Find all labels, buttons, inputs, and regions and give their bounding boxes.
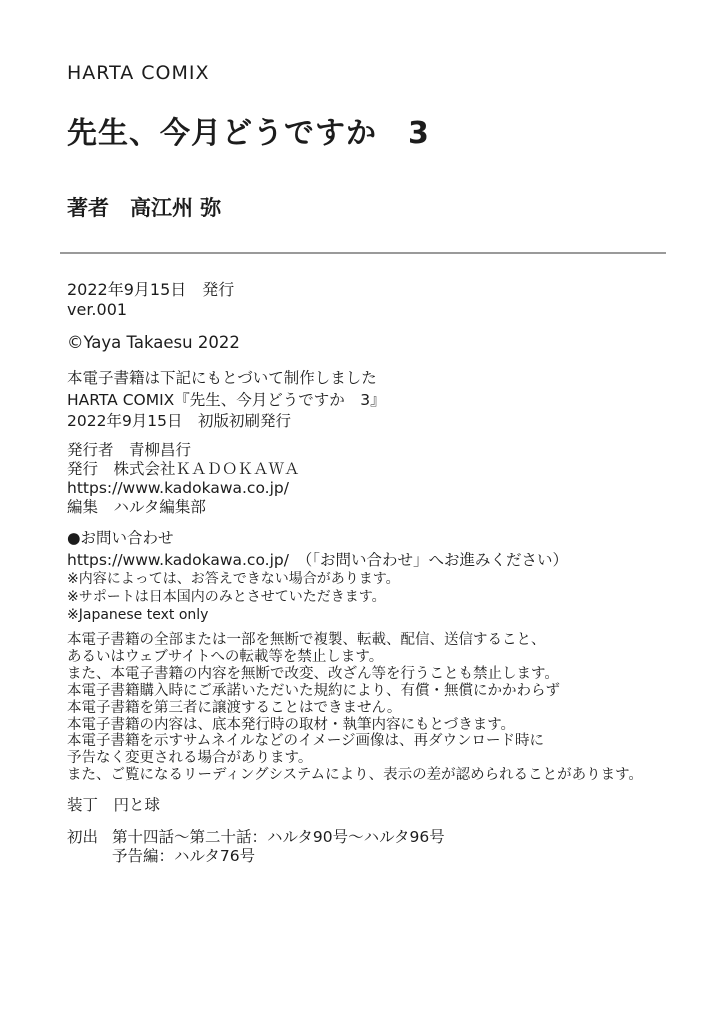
divider bbox=[60, 252, 666, 254]
first-publication-label: 初出 bbox=[67, 828, 98, 866]
book-title: 先生、今月どうですか 3 bbox=[67, 108, 430, 152]
publisher-url: https://www.kadokawa.co.jp/ bbox=[67, 479, 300, 498]
source-print-info: 2022年9月15日 初版初刷発行 bbox=[67, 411, 386, 433]
issue-date: 2022年9月15日 発行 bbox=[67, 280, 234, 300]
first-publication-lines: 第十四話～第二十話：ハルタ90号～ハルタ96号 予告編：ハルタ76号 bbox=[112, 828, 445, 866]
colophon-page: HARTA COMIX 先生、今月どうですか 3 著者 高江州 弥 2022年9… bbox=[0, 0, 728, 1035]
source-intro: 本電子書籍は下記にもとづいて制作しました bbox=[67, 368, 386, 390]
edition-block: 2022年9月15日 発行 ver.001 bbox=[67, 280, 234, 319]
contact-note: ※サポートは日本国内のみとさせていただきます。 bbox=[67, 588, 400, 606]
legal-line: 本電子書籍を示すサムネイルなどのイメージ画像は、再ダウンロード時に bbox=[67, 733, 643, 750]
first-publication-line: 予告編：ハルタ76号 bbox=[112, 847, 445, 866]
legal-line: 本電子書籍の全部または一部を無断で複製、転載、配信、送信すること、 bbox=[67, 632, 643, 649]
publisher-person: 発行者 青柳昌行 bbox=[67, 441, 300, 460]
publisher-block: 発行者 青柳昌行 発行 株式会社ＫＡＤＯＫＡＷＡ https://www.kad… bbox=[67, 441, 300, 517]
legal-notice-block: 本電子書籍の全部または一部を無断で複製、転載、配信、送信すること、 あるいはウェ… bbox=[67, 632, 643, 784]
legal-line: また、本電子書籍の内容を無断で改変、改ざん等を行うことも禁止します。 bbox=[67, 666, 643, 683]
first-publication-block: 初出 第十四話～第二十話：ハルタ90号～ハルタ96号 予告編：ハルタ76号 bbox=[67, 828, 445, 866]
legal-line: あるいはウェブサイトへの転載等を禁止します。 bbox=[67, 649, 643, 666]
imprint-label: HARTA COMIX bbox=[67, 62, 210, 84]
editing-credit: 編集 ハルタ編集部 bbox=[67, 498, 300, 517]
contact-note: ※Japanese text only bbox=[67, 606, 400, 624]
contact-block: ●お問い合わせ https://www.kadokawa.co.jp/ （「お問… bbox=[67, 528, 568, 571]
contact-url-line: https://www.kadokawa.co.jp/ （「お問い合わせ」へお進… bbox=[67, 550, 568, 572]
copyright-line: ©Yaya Takaesu 2022 bbox=[67, 333, 240, 352]
legal-line: 本電子書籍の内容は、底本発行時の取材・執筆内容にもとづきます。 bbox=[67, 717, 643, 734]
design-credit: 装丁 円と球 bbox=[67, 793, 160, 815]
publisher-company: 発行 株式会社ＫＡＤＯＫＡＷＡ bbox=[67, 460, 300, 479]
legal-line: 予告なく変更される場合があります。 bbox=[67, 750, 643, 767]
source-note-block: 本電子書籍は下記にもとづいて制作しました HARTA COMIX『先生、今月どう… bbox=[67, 368, 386, 433]
author-line: 著者 高江州 弥 bbox=[67, 192, 221, 222]
first-publication-line: 第十四話～第二十話：ハルタ90号～ハルタ96号 bbox=[112, 828, 445, 847]
version-label: ver.001 bbox=[67, 300, 234, 320]
legal-line: また、ご覧になるリーディングシステムにより、表示の差が認められることがあります。 bbox=[67, 767, 643, 784]
contact-heading: ●お問い合わせ bbox=[67, 528, 568, 550]
legal-line: 本電子書籍を第三者に譲渡することはできません。 bbox=[67, 700, 643, 717]
legal-line: 本電子書籍購入時にご承諾いただいた規約により、有償・無償にかかわらず bbox=[67, 683, 643, 700]
contact-notes: ※内容によっては、お答えできない場合があります。 ※サポートは日本国内のみとさせ… bbox=[67, 570, 400, 624]
contact-note: ※内容によっては、お答えできない場合があります。 bbox=[67, 570, 400, 588]
source-title: HARTA COMIX『先生、今月どうですか 3』 bbox=[67, 390, 386, 412]
